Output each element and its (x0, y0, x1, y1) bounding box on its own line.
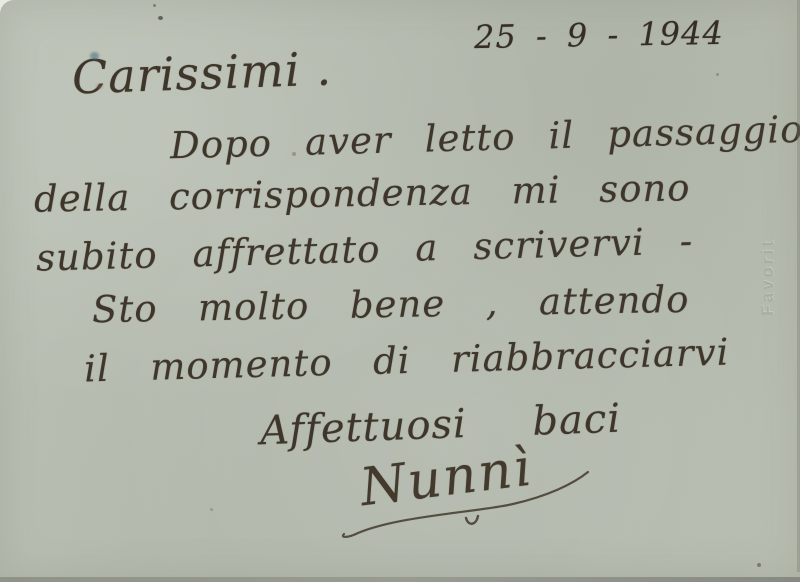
signature: Nunnì (338, 446, 608, 541)
postcard-paper: Favorit 25 - 9 - 1944 Carissimi . Dopo a… (0, 0, 800, 577)
ink-speck (153, 4, 156, 7)
body-line-1: Dopo aver letto il passaggio (170, 108, 800, 168)
signature-flourish-icon (338, 446, 608, 541)
card-edge-shadow (0, 577, 800, 582)
ink-speck (158, 16, 163, 20)
body-line-5: il momento di riabbracciarvi (84, 331, 730, 391)
body-line-2: della corrispondenza mi sono (34, 166, 691, 220)
ink-speck (757, 563, 761, 567)
ink-speck (716, 73, 719, 76)
body-line-4: Sto molto bene , attendo (92, 278, 690, 331)
ink-speck (210, 508, 213, 511)
date-line: 25 - 9 - 1944 (474, 14, 724, 56)
blue-ink-smudge (90, 52, 99, 60)
paper-stain (292, 152, 296, 156)
paper-stain (96, 84, 103, 89)
scanned-postcard: Favorit 25 - 9 - 1944 Carissimi . Dopo a… (0, 0, 800, 582)
salutation: Carissimi . (71, 41, 333, 104)
embossed-watermark: Favorit (758, 238, 778, 316)
body-line-3: subito affrettato a scrivervi - (36, 219, 694, 279)
